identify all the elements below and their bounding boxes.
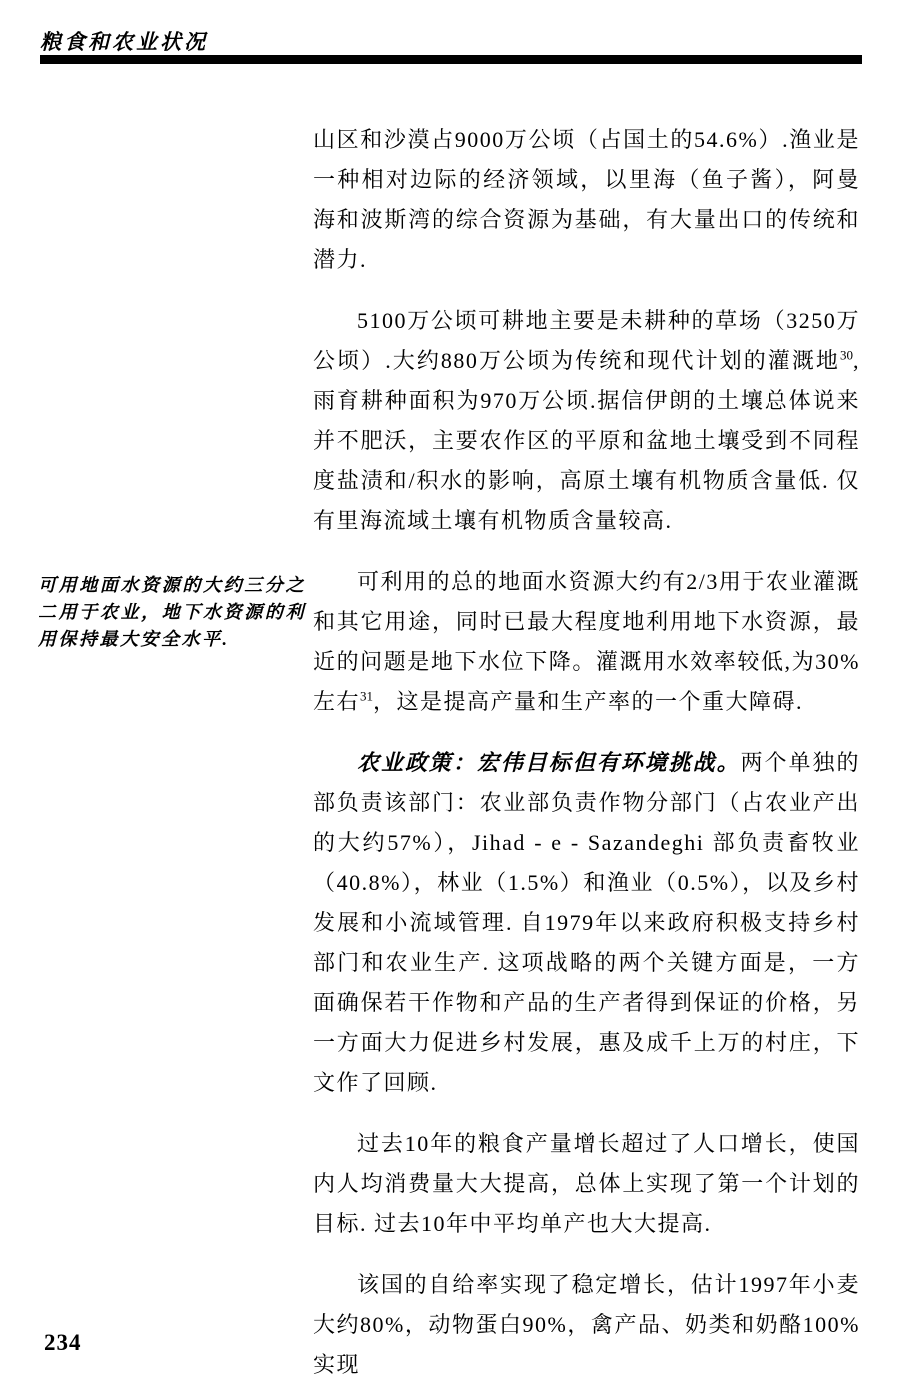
margin-note: 可用地面水资源的大约三分之二用于农业，地下水资源的利用保持最大安全水平. xyxy=(38,572,306,653)
paragraph-water-resources: 可利用的总的地面水资源大约有2/3用于农业灌溉和其它用途，同时已最大程度地利用地… xyxy=(313,562,860,722)
paragraph-self-sufficiency: 该国的自给率实现了稳定增长，估计1997年小麦大约80%，动物蛋白90%，禽产品… xyxy=(313,1265,860,1385)
footnote-ref-31: 31 xyxy=(360,689,373,704)
header-rule xyxy=(40,55,862,64)
paragraph-land-fisheries: 山区和沙漠占9000万公顷（占国土的54.6%）.渔业是一种相对边际的经济领域，… xyxy=(313,120,860,280)
paragraph-agricultural-policy: 农业政策：宏伟目标但有环境挑战。两个单独的部负责该部门：农业部负责作物分部门（占… xyxy=(313,743,860,1103)
paragraph-food-production-growth: 过去10年的粮食产量增长超过了人口增长，使国内人均消费量大大提高，总体上实现了第… xyxy=(313,1124,860,1244)
paragraph-arable-land-text: 5100万公顷可耕地主要是未耕种的草场（3250万公顷）.大约880万公顷为传统… xyxy=(313,308,860,373)
paragraph-water-resources-text-cont: ，这是提高产量和生产率的一个重大障碍. xyxy=(373,689,803,714)
footnote-ref-30: 30 xyxy=(840,348,853,363)
running-header: 粮食和农业状况 xyxy=(40,26,208,56)
document-page: 粮食和农业状况 可用地面水资源的大约三分之二用于农业，地下水资源的利用保持最大安… xyxy=(0,0,900,1400)
paragraph-arable-land-text-cont: ,雨育耕种面积为970万公顷.据信伊朗的土壤总体说来并不肥沃，主要农作区的平原和… xyxy=(313,348,860,533)
paragraph-agricultural-policy-leadin: 农业政策：宏伟目标但有环境挑战。 xyxy=(357,750,741,775)
page-number: 234 xyxy=(44,1330,82,1356)
paragraph-arable-land: 5100万公顷可耕地主要是未耕种的草场（3250万公顷）.大约880万公顷为传统… xyxy=(313,301,860,541)
paragraph-agricultural-policy-text: 两个单独的部负责该部门：农业部负责作物分部门（占农业产出的大约57%），Jiha… xyxy=(313,750,860,1095)
body-column: 山区和沙漠占9000万公顷（占国土的54.6%）.渔业是一种相对边际的经济领域，… xyxy=(313,120,860,1400)
